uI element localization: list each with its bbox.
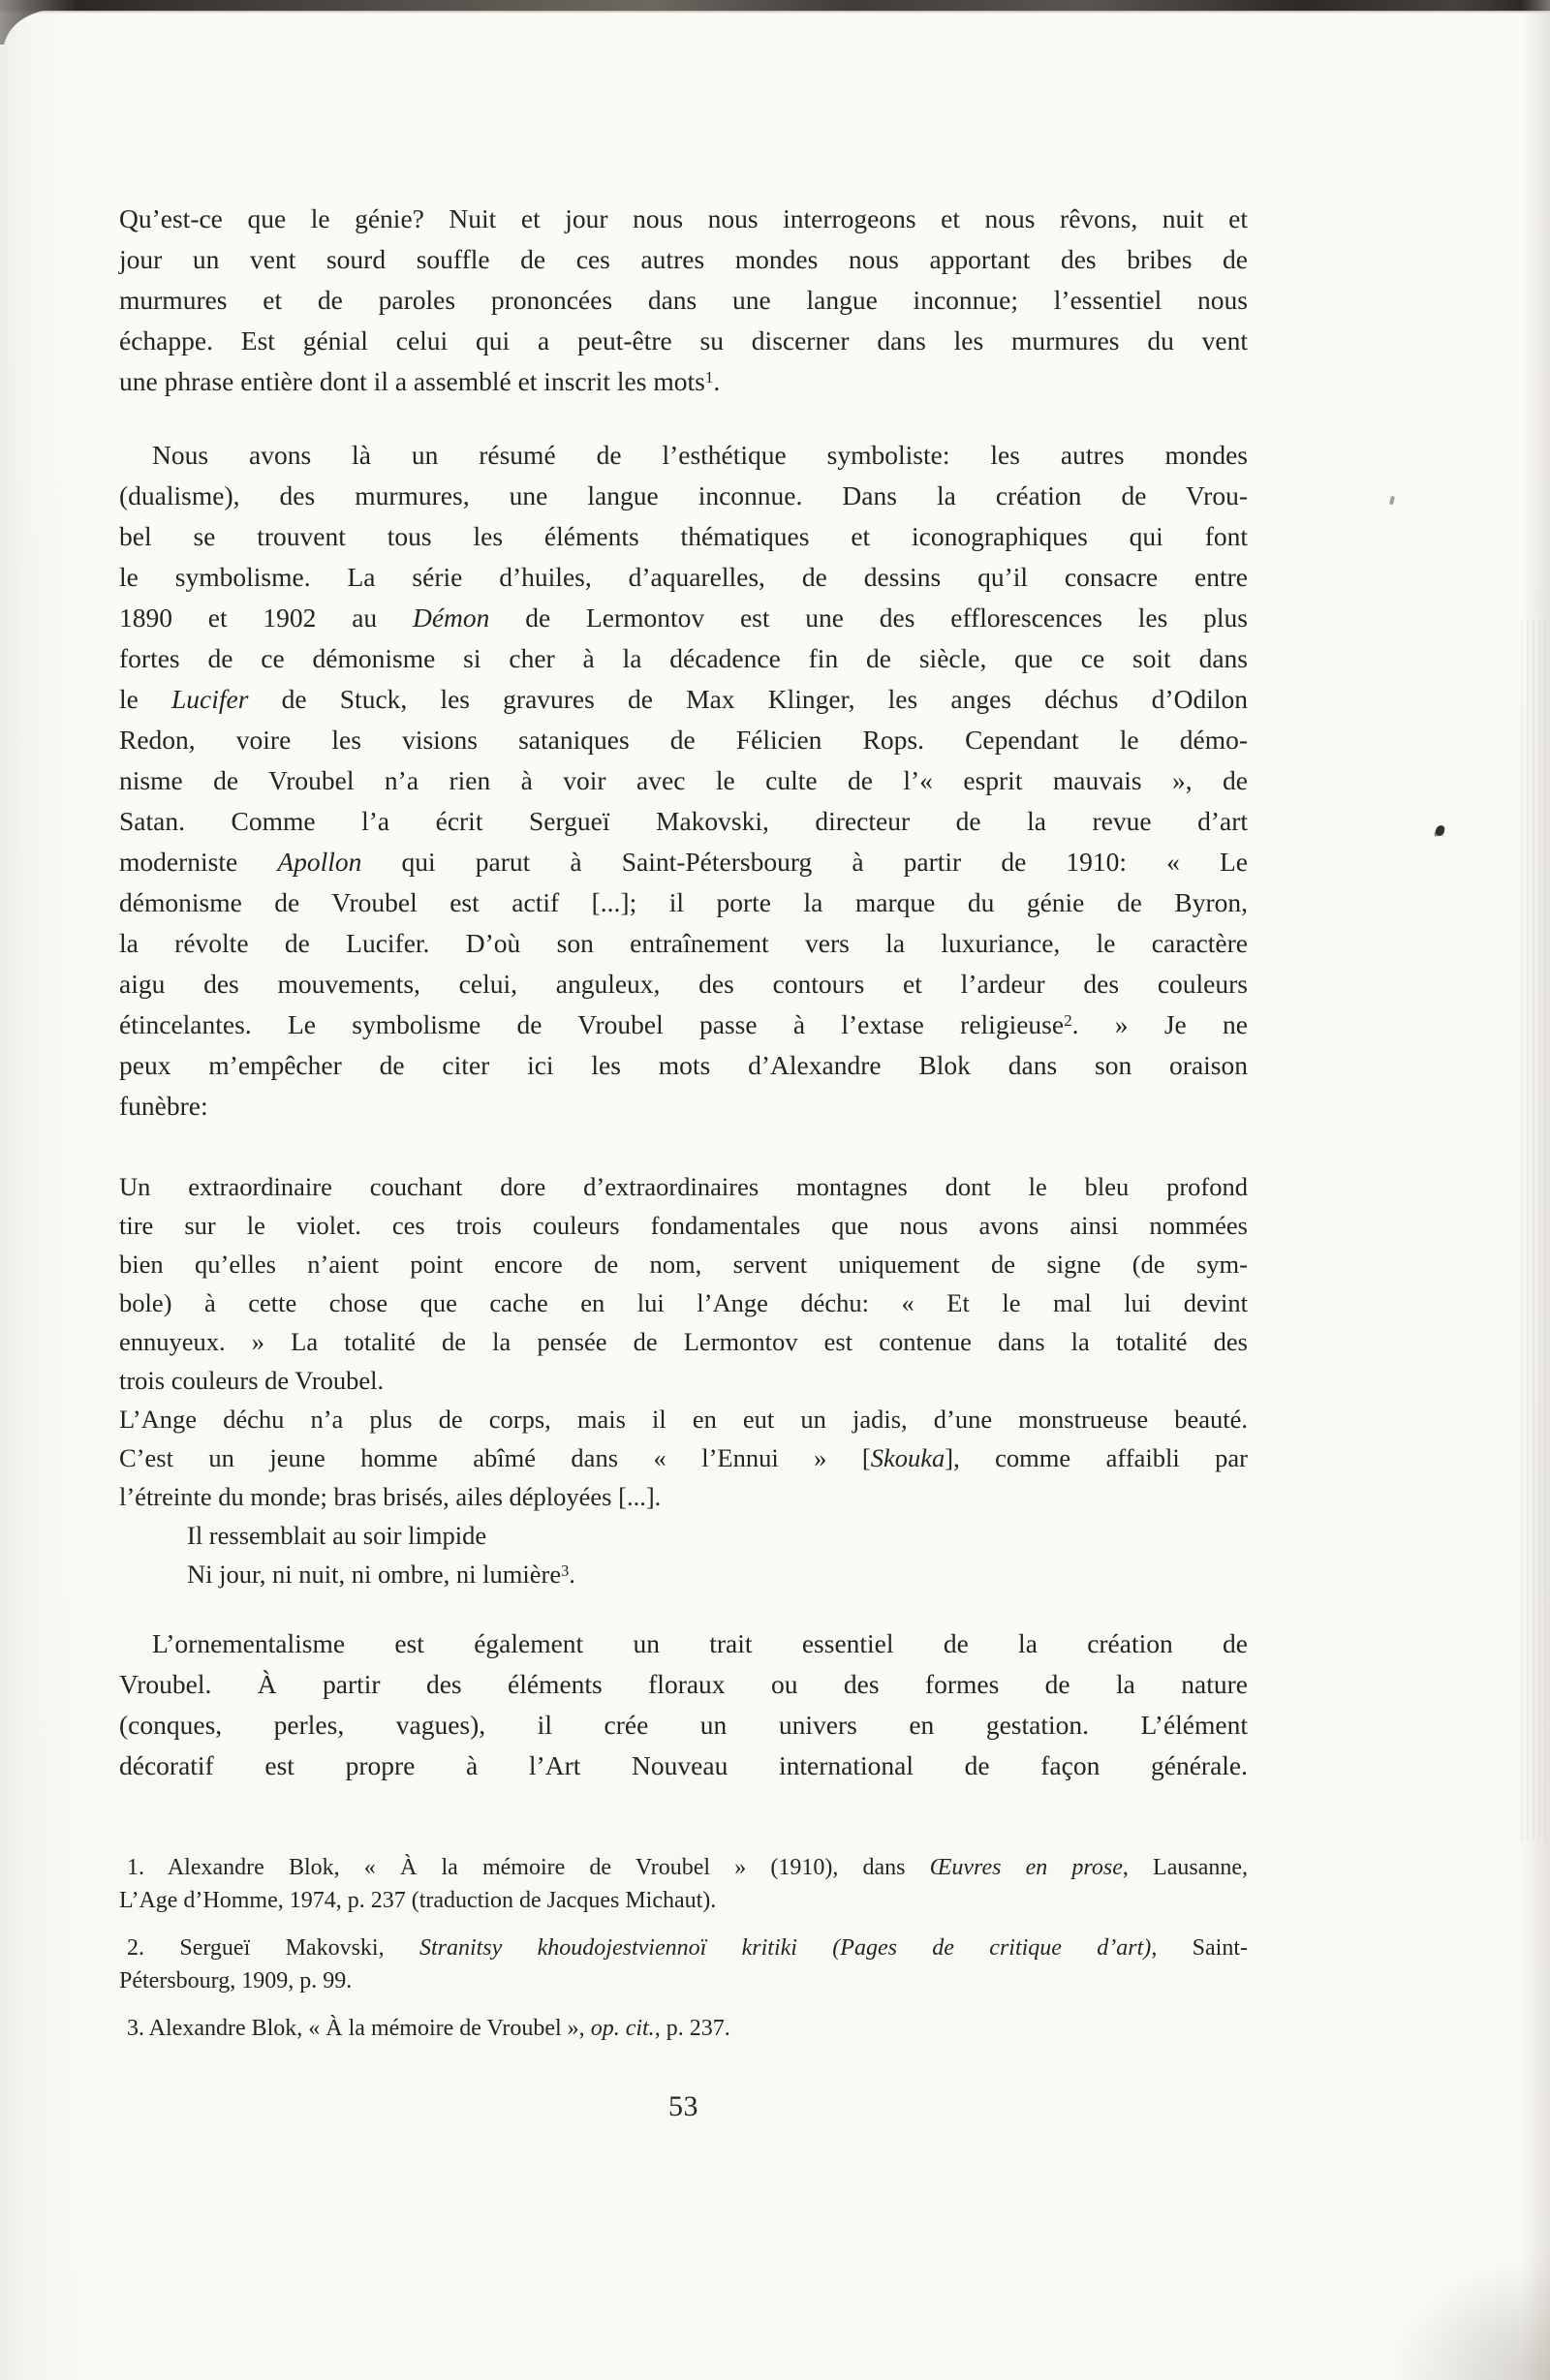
text-line: peux m’empêcher de citer ici les mots d’… (119, 1045, 1248, 1086)
paragraph-genius-epigraph: Qu’est-ce que le génie? Nuit et jour nou… (119, 199, 1248, 402)
text-line: Ni jour, ni nuit, ni ombre, ni lumière3. (119, 1555, 1248, 1593)
text-line: 1890 et 1902 au Démon de Lermontov est u… (119, 598, 1248, 638)
text-line: tire sur le violet. ces trois couleurs f… (119, 1206, 1248, 1245)
text-line: bole) à cette chose que cache en lui l’A… (119, 1283, 1248, 1322)
scan-right-streaks (1517, 620, 1550, 1840)
footnote-3: 3. Alexandre Blok, « À la mémoire de Vro… (119, 2012, 1248, 2045)
text-line: étincelantes. Le symbolisme de Vroubel p… (119, 1005, 1248, 1045)
footnote-2: 2. Sergueï Makovski, Stranitsy khoudojes… (119, 1932, 1248, 1997)
text-line: Pétersbourg, 1909, p. 99. (119, 1964, 1248, 1997)
footnote-1: 1. Alexandre Blok, « À la mémoire de Vro… (119, 1851, 1248, 1917)
block-quote-alexandre-blok: Un extraordinaire couchant dore d’extrao… (119, 1167, 1248, 1593)
text-line: ennuyeux. » La totalité de la pensée de … (119, 1322, 1248, 1361)
text-column: Qu’est-ce que le génie? Nuit et jour nou… (119, 0, 1248, 2380)
text-line: murmures et de paroles prononcées dans u… (119, 280, 1248, 321)
text-line: L’ornementalisme est également un trait … (119, 1623, 1248, 1664)
text-line: le symbolisme. La série d’huiles, d’aqua… (119, 557, 1248, 598)
text-line: L’Ange déchu n’a plus de corps, mais il … (119, 1400, 1248, 1438)
text-line: une phrase entière dont il a assemblé et… (119, 361, 1248, 402)
text-line: aigu des mouvements, celui, anguleux, de… (119, 964, 1248, 1005)
ink-speck-small (1389, 496, 1395, 506)
text-line: trois couleurs de Vroubel. (119, 1361, 1248, 1400)
text-line: C’est un jeune homme abîmé dans « l’Ennu… (119, 1438, 1248, 1477)
text-line: 1. Alexandre Blok, « À la mémoire de Vro… (119, 1851, 1248, 1884)
text-line: Redon, voire les visions sataniques de F… (119, 720, 1248, 760)
text-line: l’étreinte du monde; bras brisés, ailes … (119, 1477, 1248, 1516)
text-line: Qu’est-ce que le génie? Nuit et jour nou… (119, 199, 1248, 239)
text-line: la révolte de Lucifer. D’où son entraîne… (119, 923, 1248, 964)
text-line: (dualisme), des murmures, une langue inc… (119, 476, 1248, 516)
text-line: Vroubel. À partir des éléments floraux o… (119, 1664, 1248, 1705)
text-line: 2. Sergueï Makovski, Stranitsy khoudojes… (119, 1932, 1248, 1964)
text-line: échappe. Est génial celui qui a peut-êtr… (119, 321, 1248, 361)
text-line: 3. Alexandre Blok, « À la mémoire de Vro… (119, 2012, 1248, 2045)
text-line: Nous avons là un résumé de l’esthétique … (119, 435, 1248, 476)
scan-left-shading (0, 0, 77, 2380)
text-line: L’Age d’Homme, 1974, p. 237 (traduction … (119, 1884, 1248, 1917)
text-line: décoratif est propre à l’Art Nouveau int… (119, 1746, 1248, 1786)
book-page-scan: Qu’est-ce que le génie? Nuit et jour nou… (0, 0, 1550, 2380)
footnotes-block: 1. Alexandre Blok, « À la mémoire de Vro… (119, 1851, 1248, 2045)
text-line: fortes de ce démonisme si cher à la déca… (119, 638, 1248, 679)
text-line: le Lucifer de Stuck, les gravures de Max… (119, 679, 1248, 720)
text-line: démonisme de Vroubel est actif [...]; il… (119, 882, 1248, 923)
text-line: funèbre: (119, 1086, 1248, 1127)
text-line: jour un vent sourd souffle de ces autres… (119, 239, 1248, 280)
text-line: Satan. Comme l’a écrit Sergueï Makovski,… (119, 801, 1248, 842)
paragraph-ornamentalism: L’ornementalisme est également un trait … (119, 1623, 1248, 1786)
ink-speck (1435, 824, 1444, 836)
text-line: Il ressemblait au soir limpide (119, 1516, 1248, 1555)
paragraph-symbolist-aesthetic: Nous avons là un résumé de l’esthétique … (119, 435, 1248, 1127)
text-line: nisme de Vroubel n’a rien à voir avec le… (119, 760, 1248, 801)
text-line: moderniste Apollon qui parut à Saint-Pét… (119, 842, 1248, 882)
text-line: Un extraordinaire couchant dore d’extrao… (119, 1167, 1248, 1206)
page-number: 53 (119, 2089, 1248, 2124)
text-line: bien qu’elles n’aient point encore de no… (119, 1245, 1248, 1283)
scan-bottom-right-curl (1385, 2254, 1550, 2380)
text-line: (conques, perles, vagues), il crée un un… (119, 1705, 1248, 1746)
text-line: bel se trouvent tous les éléments thémat… (119, 516, 1248, 557)
